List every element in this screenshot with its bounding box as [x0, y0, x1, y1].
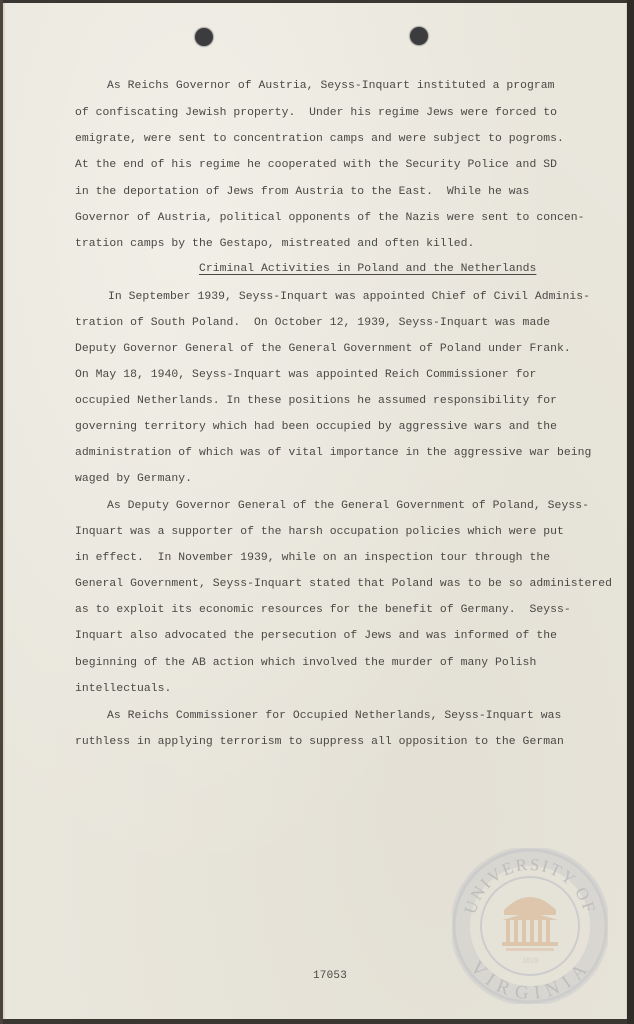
text-line: As Reichs Commissioner for Occupied Neth…: [107, 709, 561, 723]
svg-text:1819: 1819: [522, 956, 538, 965]
university-seal-watermark: UNIVERSITY OF VIRGINIA 1819: [452, 848, 608, 1004]
text-line: occupied Netherlands. In these positions…: [75, 394, 557, 408]
text-line: administration of which was of vital imp…: [75, 446, 591, 460]
text-line: On May 18, 1940, Seyss-Inquart was appoi…: [75, 368, 536, 382]
text-line: emigrate, were sent to concentration cam…: [75, 132, 564, 146]
text-line: Inquart also advocated the persecution o…: [75, 629, 557, 643]
text-line: Governor of Austria, political opponents…: [75, 211, 585, 225]
punch-hole-right: [410, 27, 428, 45]
scan-edge-right: [627, 0, 634, 1024]
text-line: As Reichs Governor of Austria, Seyss-Inq…: [107, 79, 555, 93]
page-number: 17053: [313, 970, 347, 982]
text-line: Deputy Governor General of the General G…: [75, 342, 571, 356]
text-line: as to exploit its economic resources for…: [75, 603, 571, 617]
text-line: waged by Germany.: [75, 472, 192, 486]
text-line: General Government, Seyss-Inquart stated…: [75, 577, 612, 591]
text-line: ruthless in applying terrorism to suppre…: [75, 735, 564, 749]
text-line: governing territory which had been occup…: [75, 420, 557, 434]
punch-hole-left: [195, 28, 213, 46]
text-line: At the end of his regime he cooperated w…: [75, 158, 557, 172]
text-line: As Deputy Governor General of the Genera…: [107, 499, 589, 513]
text-line: of confiscating Jewish property. Under h…: [75, 106, 557, 120]
section-heading: Criminal Activities in Poland and the Ne…: [199, 262, 536, 276]
text-line: In September 1939, Seyss-Inquart was app…: [108, 290, 590, 304]
text-line: Inquart was a supporter of the harsh occ…: [75, 525, 564, 539]
text-line: beginning of the AB action which involve…: [75, 656, 536, 670]
text-line: intellectuals.: [75, 682, 171, 696]
seal-icon: UNIVERSITY OF VIRGINIA 1819: [452, 848, 608, 1004]
text-line: in the deportation of Jews from Austria …: [75, 185, 529, 199]
text-line: in effect. In November 1939, while on an…: [75, 551, 550, 565]
text-line: tration of South Poland. On October 12, …: [75, 316, 550, 330]
text-line: tration camps by the Gestapo, mistreated…: [75, 237, 474, 251]
